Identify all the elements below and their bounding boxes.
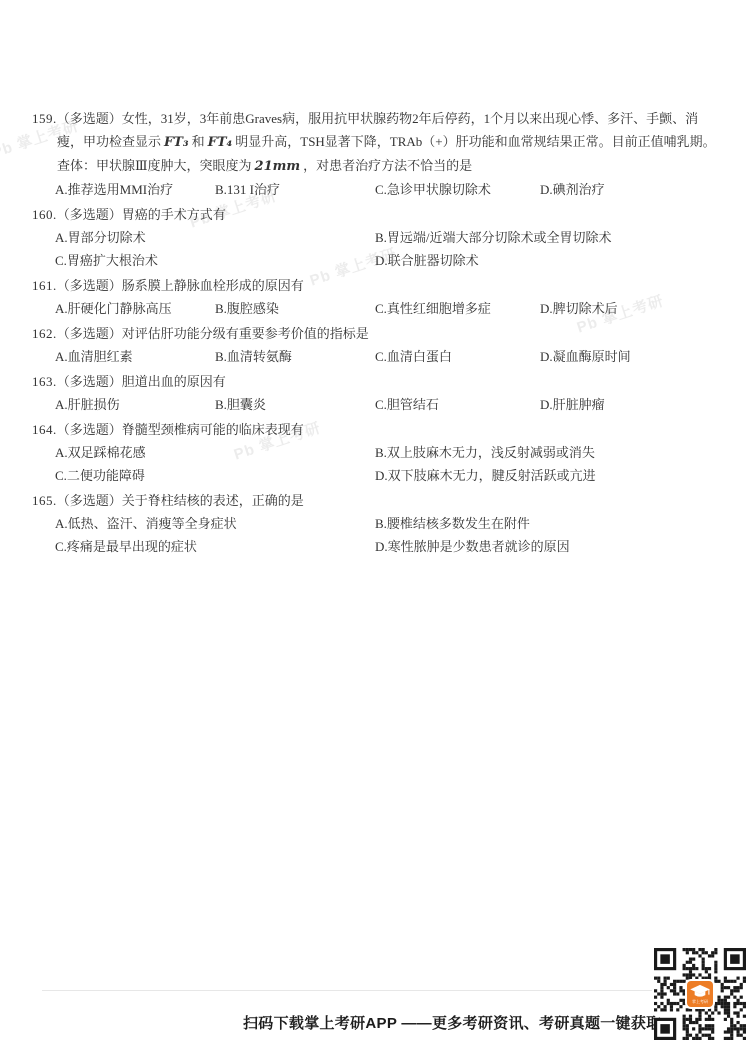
option-c: C.疼痛是最早出现的症状 <box>55 535 375 558</box>
question-number: 161. <box>32 278 57 293</box>
option-d: D.碘剂治疗 <box>540 178 722 201</box>
question-number: 159. <box>32 111 57 126</box>
question-161: 161.（多选题）肠系膜上静脉血栓形成的原因有 A.肝硬化门静脉高压 B.腹腔感… <box>32 274 722 320</box>
question-164: 164.（多选题）脊髓型颈椎病可能的临床表现有 A.双足踩棉花感 B.双上肢麻木… <box>32 418 722 487</box>
question-stem: 161.（多选题）肠系膜上静脉血栓形成的原因有 <box>32 274 722 297</box>
question-162: 162.（多选题）对评估肝功能分级有重要参考价值的指标是 A.血清胆红素 B.血… <box>32 322 722 368</box>
option-d: D.寒性脓肿是少数患者就诊的原因 <box>375 535 722 558</box>
math-ft4: FT₄ <box>208 135 233 150</box>
stem-text: （多选题）胃癌的手术方式有 <box>57 207 226 222</box>
question-stem: 160.（多选题）胃癌的手术方式有 <box>32 203 722 226</box>
option-b: B.胆囊炎 <box>215 393 375 416</box>
options-row: A.推荐选用MMI治疗 B.131 I治疗 C.急诊甲状腺切除术 D.碘剂治疗 <box>32 178 722 201</box>
option-d: D.双下肢麻木无力，腱反射活跃或亢进 <box>375 464 722 487</box>
question-stem: 159.（多选题）女性，31岁，3年前患Graves病，服用抗甲状腺药物2年后停… <box>32 107 722 178</box>
option-d: D.脾切除术后 <box>540 297 722 320</box>
question-163: 163.（多选题）胆道出血的原因有 A.肝脏损伤 B.胆囊炎 C.胆管结石 D.… <box>32 370 722 416</box>
question-number: 162. <box>32 326 57 341</box>
graduation-cap-icon <box>689 984 711 1000</box>
question-stem: 164.（多选题）脊髓型颈椎病可能的临床表现有 <box>32 418 722 441</box>
option-a: A.肝硬化门静脉高压 <box>55 297 215 320</box>
footer-text: 扫码下载掌上考研APP ——更多考研资讯、考研真题一键获取 <box>243 1012 661 1033</box>
options-row: A.血清胆红素 B.血清转氨酶 C.血清白蛋白 D.凝血酶原时间 <box>32 345 722 368</box>
question-number: 164. <box>32 422 57 437</box>
footer-divider <box>42 990 652 991</box>
option-d: D.肝脏肿瘤 <box>540 393 722 416</box>
option-c: C.胃癌扩大根治术 <box>55 249 375 272</box>
question-165: 165.（多选题）关于脊柱结核的表述，正确的是 A.低热、盗汗、消瘦等全身症状 … <box>32 489 722 558</box>
question-list: 159.（多选题）女性，31岁，3年前患Graves病，服用抗甲状腺药物2年后停… <box>32 107 722 560</box>
options-row: A.肝脏损伤 B.胆囊炎 C.胆管结石 D.肝脏肿瘤 <box>32 393 722 416</box>
question-160: 160.（多选题）胃癌的手术方式有 A.胃部分切除术 B.胃远端/近端大部分切除… <box>32 203 722 272</box>
option-c: C.急诊甲状腺切除术 <box>375 178 540 201</box>
question-number: 160. <box>32 207 57 222</box>
question-number: 165. <box>32 493 57 508</box>
question-stem: 165.（多选题）关于脊柱结核的表述，正确的是 <box>32 489 722 512</box>
option-c: C.真性红细胞增多症 <box>375 297 540 320</box>
stem-text: 和 <box>192 134 205 149</box>
option-c: C.血清白蛋白 <box>375 345 540 368</box>
option-b: B.腹腔感染 <box>215 297 375 320</box>
question-stem: 162.（多选题）对评估肝功能分级有重要参考价值的指标是 <box>32 322 722 345</box>
option-b: B.胃远端/近端大部分切除术或全胃切除术 <box>375 226 722 249</box>
stem-text: ，对患者治疗方法不恰当的是 <box>303 158 472 173</box>
question-stem: 163.（多选题）胆道出血的原因有 <box>32 370 722 393</box>
option-a: A.胃部分切除术 <box>55 226 375 249</box>
option-a: A.推荐选用MMI治疗 <box>55 178 215 201</box>
options-grid: A.胃部分切除术 B.胃远端/近端大部分切除术或全胃切除术 C.胃癌扩大根治术 … <box>32 226 722 272</box>
option-a: A.血清胆红素 <box>55 345 215 368</box>
option-d: D.联合脏器切除术 <box>375 249 722 272</box>
stem-text: （多选题）肠系膜上静脉血栓形成的原因有 <box>57 278 304 293</box>
exam-page: Pb 掌上考研 Pb 掌上考研 Pb 掌上考研 Pb 掌上考研 Pb 掌上考研 … <box>0 0 750 1061</box>
options-grid: A.双足踩棉花感 B.双上肢麻木无力，浅反射减弱或消失 C.二便功能障碍 D.双… <box>32 441 722 487</box>
option-b: B.131 I治疗 <box>215 178 375 201</box>
stem-text: （多选题）脊髓型颈椎病可能的临床表现有 <box>57 422 304 437</box>
option-c: C.胆管结石 <box>375 393 540 416</box>
stem-text: （多选题）对评估肝功能分级有重要参考价值的指标是 <box>57 326 369 341</box>
option-a: A.双足踩棉花感 <box>55 441 375 464</box>
stem-text: （多选题）胆道出血的原因有 <box>57 374 226 389</box>
qr-code: 掌上考研 <box>654 948 746 1040</box>
option-d: D.凝血酶原时间 <box>540 345 722 368</box>
question-number: 163. <box>32 374 57 389</box>
stem-text: （多选题）关于脊柱结核的表述，正确的是 <box>57 493 304 508</box>
option-c: C.二便功能障碍 <box>55 464 375 487</box>
option-b: B.腰椎结核多数发生在附件 <box>375 512 722 535</box>
math-ft3: FT₃ <box>164 135 189 150</box>
math-21mm: 21mm <box>255 159 301 174</box>
option-a: A.低热、盗汗、消瘦等全身症状 <box>55 512 375 535</box>
option-a: A.肝脏损伤 <box>55 393 215 416</box>
qr-logo: 掌上考研 <box>687 981 713 1007</box>
option-b: B.血清转氨酶 <box>215 345 375 368</box>
question-159: 159.（多选题）女性，31岁，3年前患Graves病，服用抗甲状腺药物2年后停… <box>32 107 722 201</box>
options-row: A.肝硬化门静脉高压 B.腹腔感染 C.真性红细胞增多症 D.脾切除术后 <box>32 297 722 320</box>
qr-logo-label: 掌上考研 <box>692 1000 708 1004</box>
option-b: B.双上肢麻木无力，浅反射减弱或消失 <box>375 441 722 464</box>
options-grid: A.低热、盗汗、消瘦等全身症状 B.腰椎结核多数发生在附件 C.疼痛是最早出现的… <box>32 512 722 558</box>
